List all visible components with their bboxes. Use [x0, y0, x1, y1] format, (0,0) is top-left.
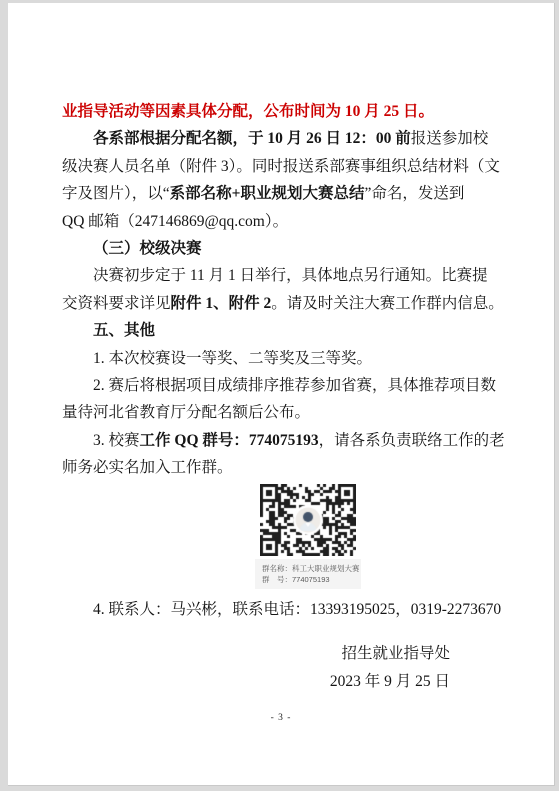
- signature-department: 招生就业指导处: [62, 640, 450, 667]
- text-run: 。请及时关注大赛工作群内信息。: [271, 295, 504, 312]
- text-run: 交资料要求详见: [62, 295, 171, 312]
- document-viewer-canvas: { "document": { "lines_before_qr": [ {"n…: [0, 0, 559, 791]
- text-run: 系部名称+职业规划大赛总结: [170, 185, 365, 202]
- text-run: QQ 邮箱（247146869@qq.com）。: [62, 213, 288, 230]
- text-run: ”命名，发送到: [364, 185, 464, 202]
- text-run: 量待河北省教育厅分配名额后公布。: [62, 404, 310, 421]
- text-line: 3. 校赛工作 QQ 群号：774075193，请各系负责联络工作的老: [62, 427, 498, 454]
- text-run: 报送参加校: [411, 130, 489, 147]
- text-run: 决赛初步定于 11 月 1 日举行，具体地点另行通知。比赛提: [93, 267, 488, 284]
- qq-group-name-label: 群名称：科工大职业规划大赛: [262, 563, 354, 574]
- text-run: 2. 赛后将根据项目成绩排序推荐参加省赛，具体推荐项目数: [93, 377, 496, 394]
- text-line: 2. 赛后将根据项目成绩排序推荐参加省赛，具体推荐项目数: [62, 372, 498, 399]
- text-line: 各系部根据分配名额，于 10 月 26 日 12：00 前报送参加校: [62, 125, 498, 152]
- text-line: 1. 本次校赛设一等奖、二等奖及三等奖。: [62, 345, 498, 372]
- page-number: - 3 -: [8, 713, 554, 723]
- text-run: （三）校级决赛: [93, 240, 202, 257]
- text-run: 附件 1、附件 2: [171, 295, 272, 312]
- text-line: 决赛初步定于 11 月 1 日举行，具体地点另行通知。比赛提: [62, 262, 498, 289]
- text-line: 量待河北省教育厅分配名额后公布。: [62, 399, 498, 426]
- text-run: 级决赛人员名单（附件 3）。同时报送系部赛事组织总结材料（文: [62, 158, 500, 175]
- document-page: 业指导活动等因素具体分配，公布时间为 10 月 25 日。各系部根据分配名额，于…: [8, 3, 555, 786]
- section-heading: 五、其他: [62, 317, 498, 344]
- qq-group-card: 群名称：科工大职业规划大赛 群 号：774075193: [255, 559, 361, 589]
- section-heading: （三）校级决赛: [62, 235, 498, 262]
- text-run: 3. 校赛: [93, 432, 140, 449]
- text-run: 4. 联系人：马兴彬，联系电话：13393195025，0319-2273670: [93, 601, 501, 618]
- text-line: 师务必实名加入工作群。: [62, 454, 498, 481]
- qq-group-qr-block: 群名称：科工大职业规划大赛 群 号：774075193: [255, 484, 361, 589]
- text-run: 工作 QQ 群号：774075193: [140, 432, 319, 449]
- qq-group-number-label: 群 号：774075193: [262, 574, 354, 585]
- text-run: 各系部根据分配名额，于 10 月 26 日 12：00 前: [93, 130, 411, 147]
- body-text-top: 业指导活动等因素具体分配，公布时间为 10 月 25 日。各系部根据分配名额，于…: [62, 98, 498, 482]
- text-run: 1. 本次校赛设一等奖、二等奖及三等奖。: [93, 350, 372, 367]
- text-run: 五、其他: [93, 322, 155, 339]
- text-line: 字及图片），以“系部名称+职业规划大赛总结”命名，发送到: [62, 180, 498, 207]
- red-highlight-line: 业指导活动等因素具体分配，公布时间为 10 月 25 日。: [62, 98, 498, 125]
- signature-date: 2023 年 9 月 25 日: [62, 668, 450, 695]
- text-run: 业指导活动等因素具体分配，公布时间为 10 月 25 日。: [62, 103, 434, 120]
- text-line: 级决赛人员名单（附件 3）。同时报送系部赛事组织总结材料（文: [62, 153, 498, 180]
- signature-block: 招生就业指导处 2023 年 9 月 25 日: [62, 640, 450, 695]
- qq-group-qr-code: [260, 484, 356, 556]
- text-line: 交资料要求详见附件 1、附件 2。请及时关注大赛工作群内信息。: [62, 290, 498, 317]
- text-run: 师务必实名加入工作群。: [62, 459, 233, 476]
- text-run: 字及图片），以“: [62, 185, 170, 202]
- text-run: ，请各系负责联络工作的老: [319, 432, 505, 449]
- document-body: 业指导活动等因素具体分配，公布时间为 10 月 25 日。各系部根据分配名额，于…: [8, 3, 554, 695]
- contact-line: 4. 联系人：马兴彬，联系电话：13393195025，0319-2273670: [62, 596, 498, 623]
- text-line: QQ 邮箱（247146869@qq.com）。: [62, 208, 498, 235]
- body-text-bottom: 4. 联系人：马兴彬，联系电话：13393195025，0319-2273670: [62, 596, 498, 623]
